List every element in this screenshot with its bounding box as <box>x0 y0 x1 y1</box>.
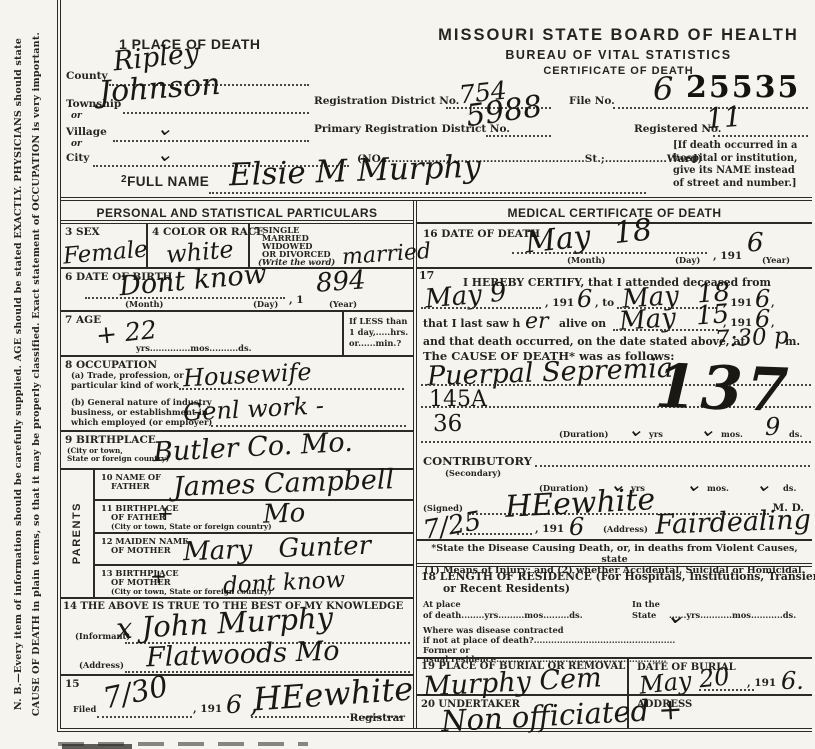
hospital-note-line1: [If death occurred in a <box>673 140 815 153</box>
res-in3: ......yrs...........mos...........ds. <box>669 610 796 620</box>
certify-number: 17 <box>419 269 434 282</box>
filed-value: 7/30 <box>101 672 171 714</box>
parents-strip: PARENTS <box>61 470 95 597</box>
res-at1: At place <box>423 599 461 609</box>
margin-note: N. B.—Every item of information should b… <box>2 0 54 749</box>
dod-day-label: (Day) <box>675 255 700 265</box>
hospital-note: [If death occurred in a hospital or inst… <box>673 140 815 191</box>
top-section: 1 PLACE OF DEATH County Ripley Township … <box>61 0 812 197</box>
dob-row: 6 DATE OF BIRTH Dont know (Month) (Day) … <box>61 269 413 312</box>
occ-b-value: Genl work - <box>182 393 324 424</box>
dod-year-value: 6 <box>747 230 764 256</box>
certify-row: 17 I HEREBY CERTIFY, that I attended dec… <box>417 269 812 357</box>
contributory-label: CONTRIBUTORY <box>423 454 532 468</box>
mother-name-row: 12 MAIDEN NAME OF MOTHER Mary Gunter <box>95 534 413 566</box>
dob-month-label: (Month) <box>125 299 163 309</box>
mother-value: Mary Gunter <box>183 533 372 566</box>
dod-label: 16 DATE OF DEATH <box>423 228 540 240</box>
signed-date-line <box>457 533 532 535</box>
sex-value: Female <box>62 238 148 268</box>
dod-line <box>512 252 707 254</box>
certificate-document: N. B.—Every item of information should b… <box>0 0 815 749</box>
dob-year-label: (Year) <box>329 299 357 309</box>
saw-line2: alive on <box>559 317 606 330</box>
dur2-mos-label: mos. <box>707 483 729 493</box>
sex-label: 3 SEX <box>65 226 100 238</box>
margin-note-line1: N. B.—Every item of information should b… <box>10 32 28 716</box>
occ-a2: particular kind of work <box>71 380 179 390</box>
occurred-line: and that death occurred, on the date sta… <box>423 335 745 348</box>
file-stamp: 25535 <box>686 70 800 105</box>
age-cell: 7 AGE + 22 yrs..............mos.........… <box>61 312 344 355</box>
burial-row: 19 PLACE OF BURIAL OR REMOVAL Murphy Cem… <box>417 659 812 696</box>
file-prefix-value: 6 <box>653 73 673 105</box>
year1-value: 6 <box>577 287 592 311</box>
age-units: yrs..............mos..........ds. <box>136 343 252 353</box>
registered-value: 11 <box>705 103 743 133</box>
informant-addr-label: (Address) <box>79 660 124 670</box>
footnote-line1: *State the Disease Causing Death, or, in… <box>417 541 812 565</box>
dob-day-label: (Day) <box>253 299 278 309</box>
board-title: MISSOURI STATE BOARD OF HEALTH <box>421 26 815 45</box>
parents-fields: 10 NAME OF FATHER James Campbell 11 BIRT… <box>95 470 413 597</box>
age-less-cell: If LESS than 1 day,.....hrs. or......min… <box>344 312 413 355</box>
residence-row: 18 LENGTH OF RESIDENCE (For Hospitals, I… <box>417 567 812 659</box>
filed-year-prefix: , 191 <box>193 703 222 715</box>
mother-bp-mark: + <box>150 566 167 586</box>
burial-place-cell: 19 PLACE OF BURIAL OR REMOVAL Murphy Cem <box>417 659 629 694</box>
dod-row: 16 DATE OF DEATH May 18 (Month) (Day) , … <box>417 224 812 269</box>
marital-cell: 5 SINGLE MARRIED WIDOWED OR DIVORCED (Wr… <box>250 224 413 267</box>
undertaker-cell: 20 UNDERTAKER Non officiated + <box>417 696 629 728</box>
signed-addr-label: (Address) <box>603 524 648 534</box>
full-name-line <box>209 192 646 194</box>
full-name-value: Elsie M Murphy <box>229 152 482 192</box>
father-l2: FATHER <box>111 481 150 491</box>
informant-addr-value: Flatwoods Mo <box>146 638 340 672</box>
father-name-row: 10 NAME OF FATHER James Campbell <box>95 470 413 501</box>
res-in1: In the <box>632 599 660 609</box>
contributory-line <box>535 465 810 467</box>
mother-l2: OF MOTHER <box>111 545 171 555</box>
parents-block: PARENTS 10 NAME OF FATHER James Campbell… <box>61 470 413 599</box>
occ-a1: (a) Trade, profession, or <box>71 370 184 380</box>
or1-label: or <box>71 111 82 121</box>
personal-header: PERSONAL AND STATISTICAL PARTICULARS <box>61 201 413 224</box>
saw-line <box>613 329 718 331</box>
hospital-note-line3: give its NAME instead <box>673 165 815 178</box>
burial-year-prefix: , 191 <box>747 677 776 689</box>
contributory-sub: (Secondary) <box>445 468 501 478</box>
hospital-note-line2: hospital or institution, <box>673 153 815 166</box>
city-mark: ⌄ <box>156 144 173 164</box>
personal-column: PERSONAL AND STATISTICAL PARTICULARS 3 S… <box>61 201 417 728</box>
board-bureau: BUREAU OF VITAL STATISTICS <box>421 48 815 62</box>
age-less3: or......min.? <box>349 338 401 348</box>
birthplace-value: Butler Co. Mo. <box>152 429 353 466</box>
city-label: City <box>66 152 89 164</box>
village-label: Village <box>66 126 107 138</box>
dur1-yrs-label: yrs <box>649 429 663 439</box>
cause-line3 <box>421 441 811 443</box>
hospital-note-line4: of street and number.] <box>673 178 815 191</box>
dur1-ds-value: 9 <box>765 415 780 439</box>
res-contracted2: if not at place of death?...............… <box>423 635 675 645</box>
undertaker-row: 20 UNDERTAKER Non officiated + ADDRESS <box>417 696 812 728</box>
father-value: James Campbell <box>173 466 395 501</box>
year-prefix1: , 191 <box>545 297 574 309</box>
mother-bp-row: 13 BIRTHPLACE OF MOTHER (City or town, S… <box>95 566 413 597</box>
burial-date-cell: DATE OF BURIAL May 20 , 191 6. <box>629 659 812 694</box>
registrar-label: Registrar <box>350 712 405 724</box>
certificate-form: 1 PLACE OF DEATH County Ripley Township … <box>57 0 812 732</box>
village-line <box>113 140 309 142</box>
cause-code2: 36 <box>433 413 462 436</box>
dur1-mos-label: mos. <box>721 429 743 439</box>
filed-label: Filed <box>73 704 96 714</box>
saw-line1: that I last saw h <box>423 317 520 330</box>
sex-cell: 3 SEX Female <box>61 224 148 267</box>
primary-line <box>486 135 551 137</box>
informant-row: 14 THE ABOVE IS TRUE TO THE BEST OF MY K… <box>61 599 413 676</box>
age-less2: 1 day,.....hrs. <box>349 327 408 337</box>
cause-big-number: 137 <box>654 357 793 422</box>
columns: PERSONAL AND STATISTICAL PARTICULARS 3 S… <box>61 197 812 728</box>
signed-year-value: 6 <box>569 515 584 539</box>
file-label: File No. <box>569 95 615 107</box>
dur2-ds-label: ds. <box>783 483 796 493</box>
dur1-ds-label: ds. <box>789 429 802 439</box>
medical-column: MEDICAL CERTIFICATE OF DEATH 16 DATE OF … <box>417 201 812 728</box>
township-value: Johnson <box>98 70 221 108</box>
burial-date-line <box>699 689 754 691</box>
mother-bp-value: dont know <box>222 569 345 598</box>
dod-year-label: (Year) <box>762 255 790 265</box>
registered-line <box>713 135 808 137</box>
or2-label: or <box>71 139 82 149</box>
signed-year-prefix: , 191 <box>535 523 564 535</box>
footnote-box: *State the Disease Causing Death, or, in… <box>417 539 812 567</box>
dob-year-prefix: , 1 <box>289 294 304 306</box>
birthplace-label: 9 BIRTHPLACE <box>65 434 156 446</box>
parents-label: PARENTS <box>71 502 83 564</box>
full-name-label-text: FULL NAME <box>127 174 209 189</box>
full-name-label: 2FULL NAME <box>121 174 209 189</box>
village-mark: ⌄ <box>156 118 173 138</box>
occupation-row: 8 OCCUPATION (a) Trade, profession, or p… <box>61 357 413 432</box>
occ-b-line <box>211 425 406 427</box>
occ-a-value: Housewife <box>182 360 312 391</box>
duration1-label: (Duration) <box>559 429 608 439</box>
dod-year-prefix: , 191 <box>713 250 742 262</box>
dob-year-value: 894 <box>315 267 366 296</box>
marital-l5: (Write the word) <box>258 257 335 267</box>
filed-number: 15 <box>65 678 80 690</box>
cause-block: Puerpal Sepremia 145A 36 137 (Duration) … <box>417 357 812 452</box>
saw-her: er <box>525 311 549 333</box>
dur2-ds-mark: ⌄ <box>755 474 772 494</box>
m-label: m. <box>785 335 800 348</box>
district-label: Registration District No. <box>314 95 459 107</box>
registrar-signature: HEewhite <box>252 672 414 715</box>
res-at2: of death........yrs.........mos.........… <box>423 610 583 620</box>
from-line <box>421 307 541 309</box>
father-bp-row: 11 BIRTHPLACE OF FATHER (City or town, S… <box>95 501 413 534</box>
filed-line <box>97 716 192 718</box>
burial-year-value: 6. <box>781 669 804 693</box>
age-less1: If LESS than <box>349 316 407 326</box>
signed-date-row: 7/25 , 191 6 (Address) Fairdealing <box>417 517 812 539</box>
father-bp-sub: (City or town, State or foreign country) <box>111 522 272 531</box>
margin-note-line2: CAUSE OF DEATH in plain terms, so that i… <box>28 32 46 716</box>
township-line <box>123 112 309 114</box>
dur1-mos-mark: ⌄ <box>699 419 716 439</box>
to-label: , to <box>595 297 614 309</box>
filed-row: 15 Filed 7/30 , 191 6 , HEewhite Registr… <box>61 676 413 728</box>
residence-heading2: or Recent Residents) <box>443 582 570 595</box>
res-in2: State <box>632 610 656 620</box>
father-bp-value: Mo <box>263 500 306 527</box>
age-row: 7 AGE + 22 yrs..............mos.........… <box>61 312 413 357</box>
father-bp-mark: + <box>157 503 174 523</box>
time-value: 7:30 p <box>714 325 789 352</box>
dur1-yrs-mark: ⌄ <box>627 419 644 439</box>
dod-month-label: (Month) <box>567 255 605 265</box>
bottom-cutoff-fragment-dark <box>62 744 132 749</box>
signed-addr-value: Fairdealing <box>655 506 812 538</box>
cause-code1: 145A <box>429 389 487 411</box>
comma1: , <box>771 297 775 309</box>
dur2-mos-mark: ⌄ <box>685 474 702 494</box>
primary-value: 5988 <box>464 92 544 132</box>
res-contracted1: Where was disease contracted <box>423 625 564 635</box>
